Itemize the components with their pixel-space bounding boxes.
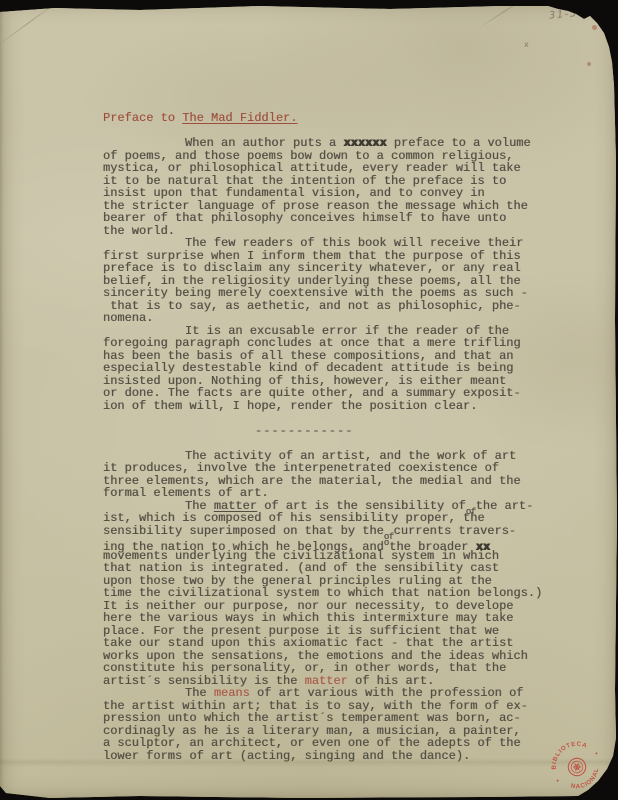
typed-line: sincerity being merely coextensive with … [103, 287, 583, 300]
paper-sheet: 31-38 x Preface to The Mad Fiddler. When… [0, 0, 618, 800]
typed-line: sensibility superimposed on that by theo… [103, 525, 583, 538]
blank-line [103, 412, 583, 425]
typed-divider: ------------ [103, 425, 583, 438]
typed-segment-struck: xxxxxx [343, 136, 386, 150]
stray-pencil-mark: x [524, 40, 529, 49]
typed-line: or done. The facts are quite other, and … [103, 387, 583, 400]
typed-line: nomena. [103, 312, 583, 325]
typed-line: When an author puts a xxxxxx preface to … [103, 137, 583, 150]
typed-line: mystica, or philosophical attitude, ever… [103, 162, 583, 175]
typed-segment-red: means [214, 686, 250, 700]
typed-line: bearer of that philosophy conceives hims… [103, 212, 583, 225]
typed-line: insist upon that fundamental vision, and… [103, 187, 583, 200]
ink-speck [592, 25, 597, 30]
typed-line: pression unto which the artist´s tempera… [103, 712, 583, 725]
typed-line: it produces, involve the interpenetrated… [103, 462, 583, 475]
typed-line: here the various ways in which this inte… [103, 612, 583, 625]
typed-line: that is to say, as aethetic, and not as … [103, 300, 583, 313]
heading-title: The Mad Fiddler. [182, 111, 297, 125]
typed-line: a sculptor, an architect, or even one of… [103, 737, 583, 750]
pencil-annotation: 31-38 [549, 7, 586, 21]
stamp-text-bottom: NACIONAL [567, 764, 605, 797]
typed-text: Preface to The Mad Fiddler. When an auth… [103, 112, 583, 762]
typed-line: especially destestable kind of decadent … [103, 362, 583, 375]
ink-speck [587, 62, 591, 66]
typed-line: that nation is integrated. (and of the s… [103, 562, 583, 575]
typed-line: ist, which is composed of his sensibilit… [103, 512, 583, 525]
paper-crease [0, 0, 59, 47]
typed-line: ing the nation to which he belongs, ando… [103, 537, 583, 550]
typed-line: ion of them will, I hope, render the pos… [103, 400, 583, 413]
typed-line: The few readers of this book will receiv… [103, 237, 583, 250]
typed-line: time the civilizational system to which … [103, 587, 583, 600]
typed-line: preface is to disclaim any sincerity wha… [103, 262, 583, 275]
typed-line: lower forms of art (acting, singing and … [103, 750, 583, 763]
typed-line: formal elements of art. [103, 487, 583, 500]
typed-line: take our stand upon this axiomatic fact … [103, 637, 583, 650]
blank-line [103, 437, 583, 450]
svg-text:NACIONAL: NACIONAL [567, 764, 605, 797]
document-heading: Preface to The Mad Fiddler. [103, 112, 583, 125]
typed-segment-sup: o [384, 538, 389, 548]
heading-prefix: Preface to [103, 111, 182, 125]
typed-line: foregoing paragraph concludes at once th… [103, 337, 583, 350]
paper-crease [478, 0, 531, 29]
typed-line: The means of art various with the profes… [103, 687, 583, 700]
